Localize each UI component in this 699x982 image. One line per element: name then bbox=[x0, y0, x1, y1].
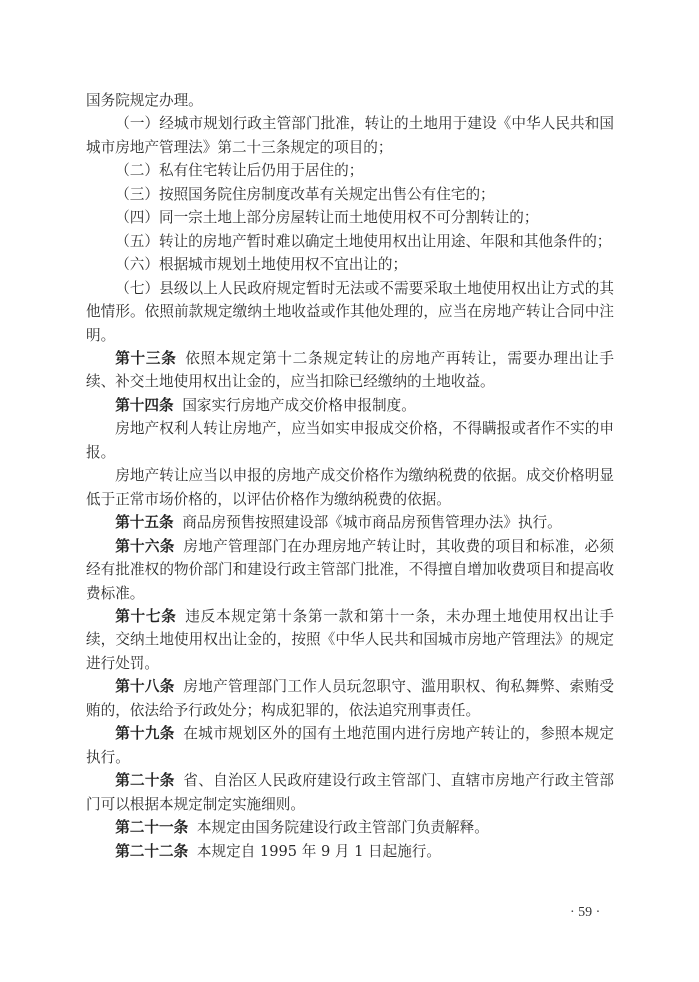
paragraph: 国务院规定办理。 bbox=[86, 89, 614, 112]
paragraph: （七）县级以上人民政府规定暂时无法或不需要采取土地使用权出让方式的其他情形。依照… bbox=[86, 277, 614, 347]
paragraph-text: 商品房预售按照建设部《城市商品房预售管理办法》执行。 bbox=[182, 514, 561, 531]
paragraph: （二）私有住宅转让后仍用于居住的； bbox=[86, 159, 614, 182]
paragraph-text: （一）经城市规划行政主管部门批准，转让的土地用于建设《中华人民共和国城市房地产管… bbox=[86, 115, 614, 155]
article-13: 第十三条依照本规定第十二条规定转让的房地产再转让，需要办理出让手续、补交土地使用… bbox=[86, 347, 614, 394]
paragraph-text: 国家实行房地产成交价格申报制度。 bbox=[182, 397, 416, 414]
paragraph: 房地产转让应当以申报的房地产成交价格作为缴纳税费的依据。成交价格明显低于正常市场… bbox=[86, 464, 614, 511]
paragraph-text: 本规定由国务院建设行政主管部门负责解释。 bbox=[197, 819, 489, 836]
article-22: 第二十二条本规定自 1995 年 9 月 1 日起施行。 bbox=[86, 840, 614, 863]
article-heading: 第十四条 bbox=[115, 397, 173, 414]
article-heading: 第十八条 bbox=[115, 678, 174, 695]
article-21: 第二十一条本规定由国务院建设行政主管部门负责解释。 bbox=[86, 816, 614, 839]
paragraph: （三）按照国务院住房制度改革有关规定出售公有住宅的； bbox=[86, 183, 614, 206]
article-heading: 第二十条 bbox=[115, 772, 174, 789]
paragraph: 房地产权利人转让房地产，应当如实申报成交价格，不得瞒报或者作不实的申报。 bbox=[86, 417, 614, 464]
paragraph: （五）转让的房地产暂时难以确定土地使用权出让用途、年限和其他条件的； bbox=[86, 230, 614, 253]
paragraph-text: （七）县级以上人民政府规定暂时无法或不需要采取土地使用权出让方式的其他情形。依照… bbox=[86, 280, 614, 344]
paragraph-text: （三）按照国务院住房制度改革有关规定出售公有住宅的； bbox=[115, 186, 494, 203]
article-heading: 第十五条 bbox=[115, 514, 173, 531]
article-14: 第十四条国家实行房地产成交价格申报制度。 bbox=[86, 394, 614, 417]
article-15: 第十五条商品房预售按照建设部《城市商品房预售管理办法》执行。 bbox=[86, 511, 614, 534]
paragraph-text: （二）私有住宅转让后仍用于居住的； bbox=[115, 162, 363, 179]
article-heading: 第二十二条 bbox=[115, 843, 188, 860]
paragraph-text: （六）根据城市规划土地使用权不宜出让的； bbox=[115, 256, 407, 273]
paragraph-text: 房地产权利人转让房地产，应当如实申报成交价格，不得瞒报或者作不实的申报。 bbox=[86, 420, 614, 460]
paragraph-text: 本规定自 1995 年 9 月 1 日起施行。 bbox=[197, 843, 441, 860]
paragraph-text: 房地产转让应当以申报的房地产成交价格作为缴纳税费的依据。成交价格明显低于正常市场… bbox=[86, 467, 614, 507]
paragraph-text: 国务院规定办理。 bbox=[86, 92, 203, 109]
paragraph: （四）同一宗土地上部分房屋转让而土地使用权不可分割转让的； bbox=[86, 206, 614, 229]
article-heading: 第十七条 bbox=[115, 608, 176, 625]
page-number: · 59 · bbox=[570, 905, 600, 921]
paragraph-text: （四）同一宗土地上部分房屋转让而土地使用权不可分割转让的； bbox=[115, 209, 538, 226]
article-19: 第十九条在城市规划区外的国有土地范围内进行房地产转让的，参照本规定执行。 bbox=[86, 722, 614, 769]
article-heading: 第十六条 bbox=[115, 538, 174, 555]
article-heading: 第十三条 bbox=[115, 350, 176, 367]
article-17: 第十七条违反本规定第十条第一款和第十一条，未办理土地使用权出让手续，交纳土地使用… bbox=[86, 605, 614, 675]
paragraph-text: （五）转让的房地产暂时难以确定土地使用权出让用途、年限和其他条件的； bbox=[115, 233, 611, 250]
document-body: 国务院规定办理。 （一）经城市规划行政主管部门批准，转让的土地用于建设《中华人民… bbox=[86, 89, 614, 863]
article-18: 第十八条房地产管理部门工作人员玩忽职守、滥用职权、徇私舞弊、索贿受贿的，依法给予… bbox=[86, 675, 614, 722]
article-16: 第十六条房地产管理部门在办理房地产转让时，其收费的项目和标准，必须经有批准权的物… bbox=[86, 535, 614, 605]
article-heading: 第二十一条 bbox=[115, 819, 188, 836]
paragraph: （一）经城市规划行政主管部门批准，转让的土地用于建设《中华人民共和国城市房地产管… bbox=[86, 112, 614, 159]
article-heading: 第十九条 bbox=[115, 725, 174, 742]
paragraph: （六）根据城市规划土地使用权不宜出让的； bbox=[86, 253, 614, 276]
article-20: 第二十条省、自治区人民政府建设行政主管部门、直辖市房地产行政主管部门可以根据本规… bbox=[86, 769, 614, 816]
